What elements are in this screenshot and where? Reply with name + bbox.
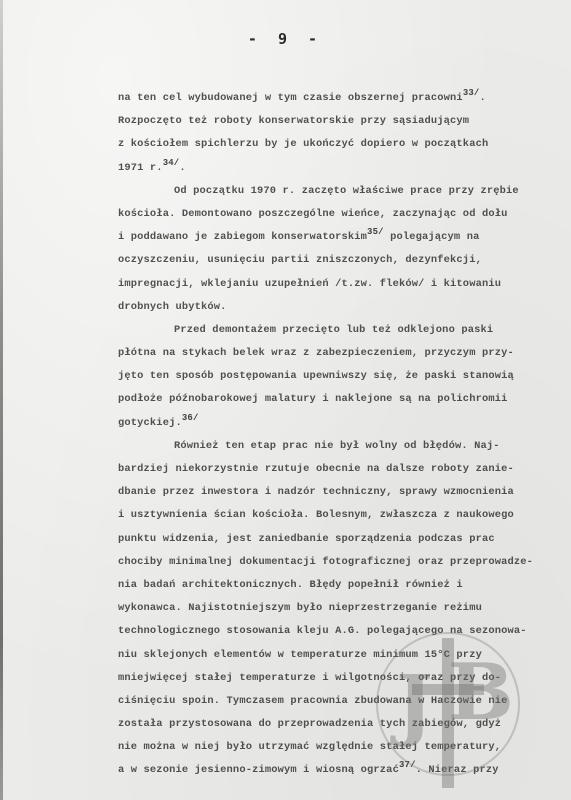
line-text: płótna na stykach belek wraz z zabezpiec… — [118, 347, 514, 359]
typewritten-body: na ten cel wybudowanej w tym czasie obsz… — [118, 87, 568, 783]
text-line: jęto ten sposób postępowania upewniwszy … — [118, 365, 568, 388]
text-line: Przed demontażem przecięto lub też odkle… — [118, 319, 568, 342]
text-line: i usztywnienia ścian kościoła. Bolesnym,… — [118, 504, 568, 527]
line-text: a w sezonie jesienno-zimowym i wiosną og… — [118, 764, 399, 776]
line-text: mniejwięcej stałej temperaturze i wilgot… — [118, 672, 501, 684]
footnote-marker: 34/ — [163, 158, 180, 168]
text-line: chociby minimalnej dokumentacji fotograf… — [118, 551, 568, 574]
text-line: mniejwięcej stałej temperaturze i wilgot… — [118, 667, 568, 690]
scanned-page: - 9 - na ten cel wybudowanej w tym czasi… — [0, 0, 571, 800]
text-line: bardziej niekorzystnie rzutuje obecnie n… — [118, 458, 568, 481]
line-text: jęto ten sposób postępowania upewniwszy … — [118, 370, 514, 382]
line-text: i poddawano je zabiegom konserwatorskim — [118, 231, 367, 243]
line-text-tail: . — [179, 162, 185, 174]
page-number: - 9 - — [0, 30, 571, 48]
line-text: na ten cel wybudowanej w tym czasie obsz… — [118, 92, 463, 104]
text-line: impregnacji, wklejaniu uzupełnień /t.zw.… — [118, 273, 568, 296]
line-text: podłoże późnobarokowej malatury i naklej… — [118, 393, 508, 405]
line-text: Również ten etap prac nie był wolny od b… — [174, 440, 500, 452]
footnote-marker: 35/ — [367, 227, 384, 237]
text-line: z kościołem spichlerzu by je ukończyć do… — [118, 133, 568, 156]
line-text: Od początku 1970 r. zaczęto właściwe pra… — [174, 185, 519, 197]
line-text: ciśnięciu spoin. Tymczasem pracownia zbu… — [118, 695, 508, 707]
line-text-tail: . — [479, 92, 485, 104]
line-text: technologicznego stosowania kleju A.G. p… — [118, 625, 527, 637]
text-line: gotyckiej.36/ — [118, 412, 568, 435]
text-line: technologicznego stosowania kleju A.G. p… — [118, 620, 568, 643]
text-line: Rozpoczęto też roboty konserwatorskie pr… — [118, 110, 568, 133]
footnote-marker: 36/ — [182, 413, 199, 423]
line-text: bardziej niekorzystnie rzutuje obecnie n… — [118, 463, 514, 475]
text-line: nia badań architektonicznych. Błędy pope… — [118, 574, 568, 597]
line-text: 1971 r. — [118, 162, 163, 174]
text-line: Również ten etap prac nie był wolny od b… — [118, 435, 568, 458]
footnote-marker: 37/ — [399, 760, 416, 770]
text-line: Od początku 1970 r. zaczęto właściwe pra… — [118, 180, 568, 203]
text-line: oczyszczeniu, usunięciu partii zniszczon… — [118, 249, 568, 272]
line-text: została przystosowana do przeprowadzenia… — [118, 718, 501, 730]
text-line: drobnych ubytków. — [118, 296, 568, 319]
line-text: dbanie przez inwestora i nadzór technicz… — [118, 486, 514, 498]
line-text: chociby minimalnej dokumentacji fotograf… — [118, 556, 533, 568]
line-text-tail: polegającym na — [384, 231, 480, 243]
line-text: gotyckiej. — [118, 417, 182, 429]
text-line: została przystosowana do przeprowadzenia… — [118, 713, 568, 736]
line-text: impregnacji, wklejaniu uzupełnień /t.zw.… — [118, 278, 501, 290]
line-text: Rozpoczęto też roboty konserwatorskie pr… — [118, 115, 469, 127]
text-line: 1971 r.34/. — [118, 157, 568, 180]
line-text: Przed demontażem przecięto lub też odkle… — [174, 324, 493, 336]
text-line: ciśnięciu spoin. Tymczasem pracownia zbu… — [118, 690, 568, 713]
footnote-marker: 33/ — [463, 88, 480, 98]
line-text: drobnych ubytków. — [118, 301, 227, 313]
line-text: nie można w niej było utrzymać względnie… — [118, 741, 501, 753]
text-line: a w sezonie jesienno-zimowym i wiosną og… — [118, 759, 568, 782]
text-line: płótna na stykach belek wraz z zabezpiec… — [118, 342, 568, 365]
line-text: wykonawca. Najistotniejszym było nieprze… — [118, 602, 482, 614]
text-line: podłoże późnobarokowej malatury i naklej… — [118, 388, 568, 411]
text-line: punktu widzenia, jest zaniedbanie sporzą… — [118, 528, 568, 551]
line-text: kościoła. Demontowano poszczególne wieńc… — [118, 208, 508, 220]
page-scan-edge — [0, 0, 3, 800]
line-text: punktu widzenia, jest zaniedbanie sporzą… — [118, 533, 495, 545]
line-text: oczyszczeniu, usunięciu partii zniszczon… — [118, 254, 482, 266]
text-line: na ten cel wybudowanej w tym czasie obsz… — [118, 87, 568, 110]
text-line: niu sklejonych elementów w temperaturze … — [118, 644, 568, 667]
text-line: kościoła. Demontowano poszczególne wieńc… — [118, 203, 568, 226]
text-line: nie można w niej było utrzymać względnie… — [118, 736, 568, 759]
line-text: niu sklejonych elementów w temperaturze … — [118, 649, 482, 661]
text-line: dbanie przez inwestora i nadzór technicz… — [118, 481, 568, 504]
line-text: z kościołem spichlerzu by je ukończyć do… — [118, 138, 488, 150]
text-line: wykonawca. Najistotniejszym było nieprze… — [118, 597, 568, 620]
line-text: nia badań architektonicznych. Błędy pope… — [118, 579, 463, 591]
line-text-tail: . Nieraz przy — [416, 764, 499, 776]
line-text: i usztywnienia ścian kościoła. Bolesnym,… — [118, 509, 514, 521]
text-line: i poddawano je zabiegom konserwatorskim3… — [118, 226, 568, 249]
